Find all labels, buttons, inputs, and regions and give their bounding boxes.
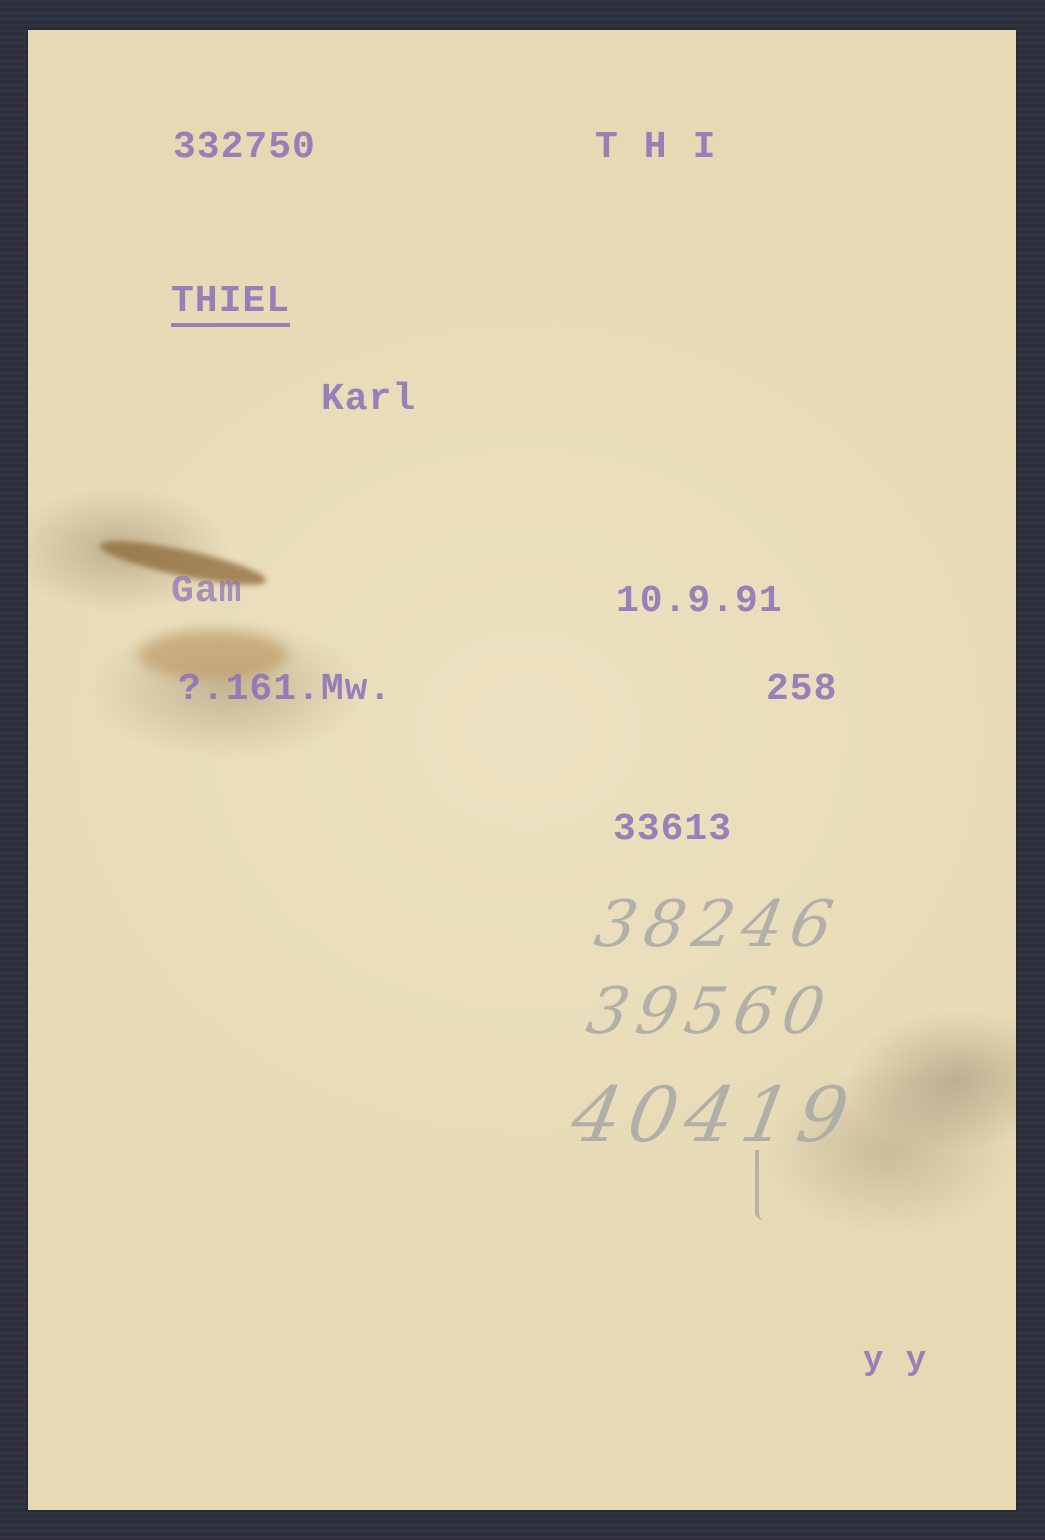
surname: THIEL — [171, 283, 290, 327]
page-number: 258 — [766, 668, 837, 711]
footer-mark: y y — [863, 1342, 927, 1380]
handwritten-number-1: 38246 — [589, 888, 846, 962]
reference-number: 33613 — [613, 808, 732, 851]
handwritten-number-2: 39560 — [581, 975, 838, 1049]
given-name: Karl — [321, 378, 416, 421]
pencil-tick-mark — [755, 1150, 763, 1220]
unit-line: ?.161.Mw. — [178, 668, 392, 711]
date: 10.9.91 — [616, 580, 783, 623]
index-code: THI — [595, 126, 741, 169]
place-name: Gam — [171, 570, 242, 613]
index-card: 332750 THI THIEL Karl Gam ?.161.Mw. 10.9… — [28, 30, 1016, 1510]
handwritten-number-3: 40419 — [565, 1070, 862, 1159]
record-number: 332750 — [173, 126, 316, 169]
